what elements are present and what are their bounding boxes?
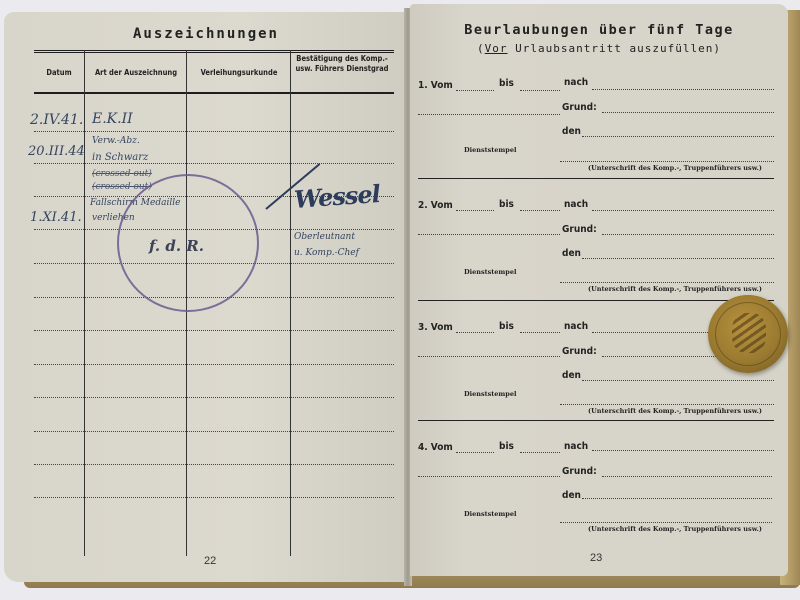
reason-field[interactable] xyxy=(602,112,774,113)
to-date-field[interactable] xyxy=(520,452,560,453)
column-divider xyxy=(290,50,291,556)
leave-subtitle: (Vor Urlaubsantritt auszufüllen) xyxy=(410,42,788,55)
nach-label: nach xyxy=(564,77,588,88)
stamp-initials: f. d. R. xyxy=(149,237,204,255)
row-line xyxy=(34,163,394,164)
service-stamp-label: Dienststempel xyxy=(464,390,516,398)
reason-field[interactable] xyxy=(602,476,772,477)
entry-number: 1. Vom xyxy=(418,80,453,91)
page-number: 23 xyxy=(590,552,602,564)
column-header-award-type: Art der Auszeichnung xyxy=(86,68,186,78)
column-header-date: Datum xyxy=(34,68,84,78)
subtitle-rest: Urlaubsantritt auszufüllen) xyxy=(508,42,721,55)
entry-award: Verw.-Abz. xyxy=(92,136,140,146)
left-page-awards: Auszeichnungen Datum Art der Auszeichnun… xyxy=(4,12,408,582)
coin-relief xyxy=(732,313,766,353)
entry-number: 3. Vom xyxy=(418,322,453,333)
signature-caption: (Unterschrift des Komp.-, Truppenführers… xyxy=(588,407,762,415)
from-date-field[interactable] xyxy=(456,90,494,91)
den-label: den xyxy=(562,126,581,137)
grund-label: Grund: xyxy=(562,102,597,113)
den-label: den xyxy=(562,248,581,259)
signature-rank: Oberleutnant xyxy=(294,232,355,242)
leave-title: Beurlaubungen über fünf Tage xyxy=(410,22,788,38)
grund-label: Grund: xyxy=(562,224,597,235)
nach-label: nach xyxy=(564,441,588,452)
row-line xyxy=(34,397,394,398)
to-date-field[interactable] xyxy=(520,210,560,211)
signature: Wessel xyxy=(293,179,381,214)
grund-label: Grund: xyxy=(562,346,597,357)
bis-label: bis xyxy=(499,321,514,332)
from-date-field[interactable] xyxy=(456,210,494,211)
row-line xyxy=(34,497,394,498)
entry-award-struck: (crossed out) xyxy=(92,169,152,179)
destination-field[interactable] xyxy=(592,89,774,90)
signature-field[interactable] xyxy=(560,522,772,523)
to-date-field[interactable] xyxy=(520,332,560,333)
address-field[interactable] xyxy=(418,476,560,477)
den-label: den xyxy=(562,370,581,381)
service-stamp-label: Dienststempel xyxy=(464,268,516,276)
row-line xyxy=(34,131,394,132)
signature-unit: u. Komp.-Chef xyxy=(294,248,359,258)
row-line xyxy=(34,464,394,465)
reason-field[interactable] xyxy=(602,234,774,235)
right-page-leave: Beurlaubungen über fünf Tage (Vor Urlaub… xyxy=(410,4,788,576)
coin xyxy=(708,295,788,373)
grund-label: Grund: xyxy=(562,466,597,477)
bis-label: bis xyxy=(499,199,514,210)
to-date-field[interactable] xyxy=(520,90,560,91)
signature-field[interactable] xyxy=(560,282,774,283)
service-stamp-label: Dienststempel xyxy=(464,510,516,518)
signature-field[interactable] xyxy=(560,404,774,405)
nach-label: nach xyxy=(564,199,588,210)
entry-date: 20.III.44 xyxy=(28,144,85,159)
entry-separator xyxy=(418,420,774,421)
entry-date: 1.XI.41. xyxy=(30,210,82,225)
entry-number: 2. Vom xyxy=(418,200,453,211)
entry-separator xyxy=(418,178,774,179)
entry-award: in Schwarz xyxy=(92,152,148,163)
subtitle-paren: ( xyxy=(477,42,485,55)
date-signed-field[interactable] xyxy=(582,380,774,381)
leave-entry-1: 1. Vom bis nach Grund: den Dienststempel… xyxy=(410,70,788,188)
entry-award: E.K.II xyxy=(92,111,133,127)
destination-field[interactable] xyxy=(592,210,774,211)
column-header-certificate: Verleihungsurkunde xyxy=(188,68,290,78)
bis-label: bis xyxy=(499,78,514,89)
destination-field[interactable] xyxy=(592,450,774,451)
header-bottom-rule xyxy=(34,92,394,94)
page-number: 22 xyxy=(204,555,216,567)
signature-caption: (Unterschrift des Komp.-, Truppenführers… xyxy=(588,525,762,533)
column-divider xyxy=(84,50,85,556)
bis-label: bis xyxy=(499,441,514,452)
date-signed-field[interactable] xyxy=(582,136,774,137)
signature-caption: (Unterschrift des Komp.-, Truppenführers… xyxy=(588,164,762,172)
signature-caption: (Unterschrift des Komp.-, Truppenführers… xyxy=(588,285,762,293)
date-signed-field[interactable] xyxy=(582,258,774,259)
entry-separator xyxy=(418,300,774,301)
leave-entry-4: 4. Vom bis nach Grund: den Dienststempel… xyxy=(410,436,788,554)
from-date-field[interactable] xyxy=(456,332,494,333)
column-header-confirmation: Bestätigung des Komp.- usw. Führers Dien… xyxy=(292,54,392,74)
address-field[interactable] xyxy=(418,114,560,115)
subtitle-underlined: Vor xyxy=(485,42,508,55)
from-date-field[interactable] xyxy=(456,452,494,453)
entry-date: 2.IV.41. xyxy=(30,112,83,128)
den-label: den xyxy=(562,490,581,501)
address-field[interactable] xyxy=(418,356,560,357)
leave-entry-2: 2. Vom bis nach Grund: den Dienststempel… xyxy=(410,194,788,312)
row-line xyxy=(34,330,394,331)
date-signed-field[interactable] xyxy=(582,498,772,499)
address-field[interactable] xyxy=(418,234,560,235)
entry-number: 4. Vom xyxy=(418,442,453,453)
awards-title: Auszeichnungen xyxy=(4,26,408,42)
signature-field[interactable] xyxy=(560,161,774,162)
service-stamp-label: Dienststempel xyxy=(464,146,516,154)
row-line xyxy=(34,364,394,365)
nach-label: nach xyxy=(564,321,588,332)
row-line xyxy=(34,431,394,432)
